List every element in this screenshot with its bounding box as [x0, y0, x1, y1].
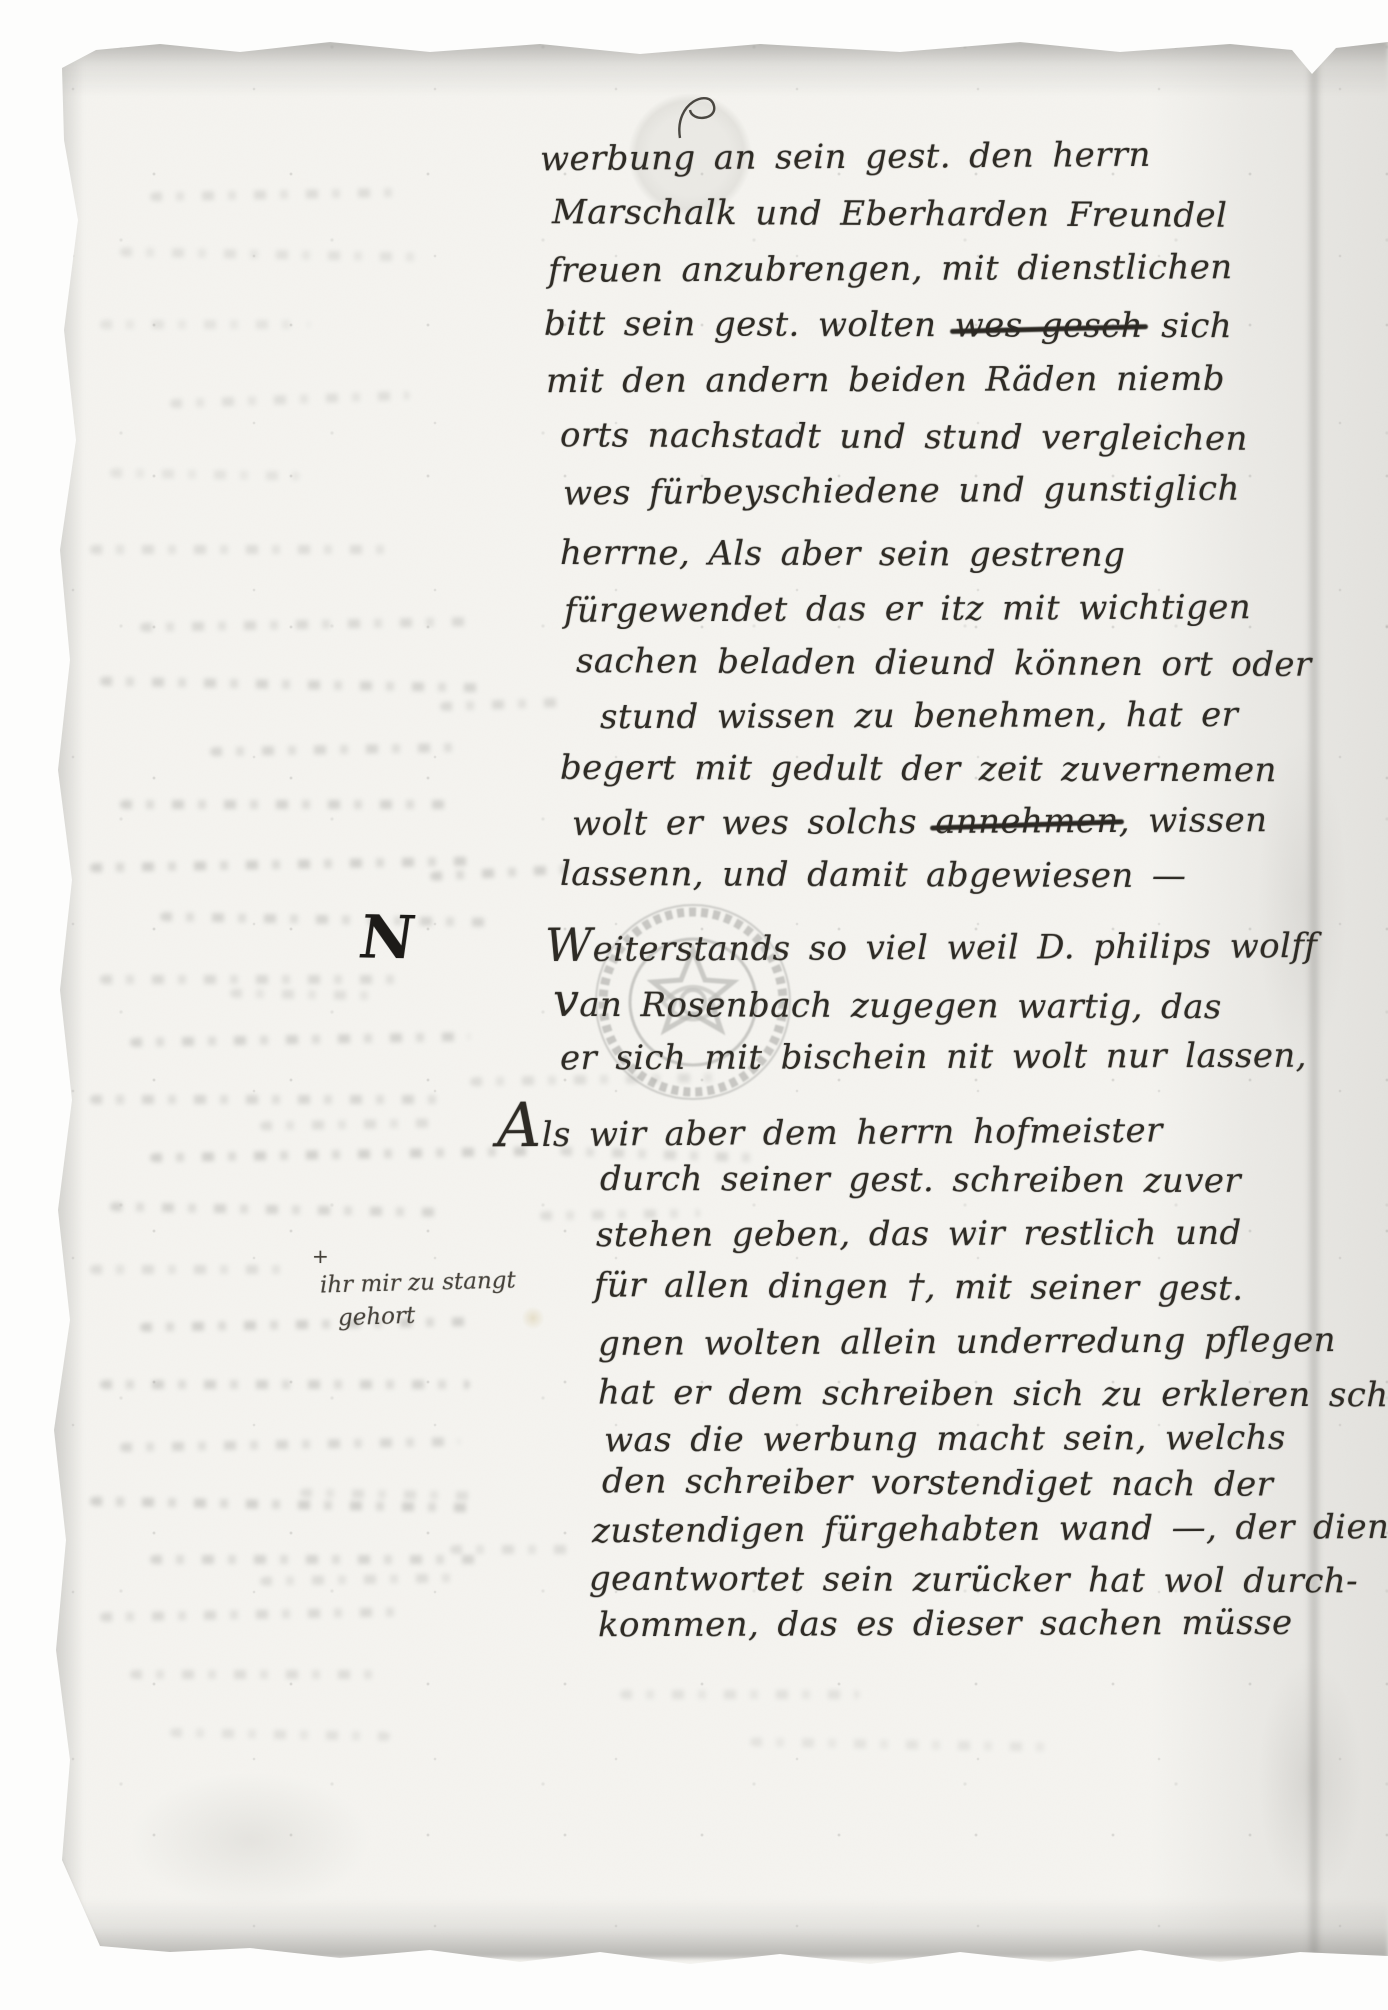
manuscript-line: van Rosenbach zugegen wartig, das [553, 984, 1222, 1024]
bleedthrough-stroke [120, 800, 450, 809]
manuscript-line: lassenn, und damit abgewiesen — [560, 857, 1186, 893]
manuscript-line: durch seiner gest. schreiben zuver [600, 1162, 1241, 1198]
manuscript-line: herrne, Als aber sein gestreng [560, 536, 1125, 572]
bleedthrough-stroke [110, 468, 300, 480]
bleedthrough-stroke [160, 912, 490, 927]
bleedthrough-stroke [90, 545, 390, 554]
bleedthrough-stroke [90, 1265, 290, 1274]
manuscript-line: hat er dem schreiben sich zu erkleren sc… [598, 1376, 1388, 1413]
manuscript-line: zustendigen fürgehabten wand —, der dien… [592, 1510, 1388, 1548]
paper-sheet: N + ihr mir zu stangt gehort werbung an … [0, 0, 1388, 2010]
bleedthrough-stroke [100, 975, 400, 984]
bleedthrough-stroke [430, 864, 580, 881]
bleedthrough-stroke [90, 1095, 450, 1104]
bleedthrough-stroke [120, 247, 420, 261]
manuscript-line: begert mit gedult der zeit zuvernemen [560, 751, 1277, 788]
bleedthrough-stroke [620, 1690, 860, 1699]
bleedthrough-stroke [150, 1555, 480, 1564]
bleedthrough-stroke [150, 188, 410, 202]
bleedthrough-stroke [750, 1737, 1050, 1751]
line-segment: , wissen [1119, 800, 1268, 841]
bleedthrough-stroke [100, 320, 310, 329]
bleedthrough-stroke [100, 1380, 470, 1389]
bleedthrough-stroke [170, 1728, 390, 1741]
bleedthrough-stroke [210, 743, 470, 757]
bleedthrough-stroke [90, 857, 470, 873]
manuscript-line: freuen anzubrengen, mit dienstlichen [548, 250, 1233, 288]
bleedthrough-stroke [100, 677, 480, 693]
line-segment: bitt sein gest. wolten [544, 304, 955, 345]
manuscript-line: gnen wolten allein underredung pflegen [598, 1323, 1336, 1361]
marginal-note-line: ihr mir zu stangt [320, 1269, 516, 1297]
struck-word: annehmen [935, 804, 1119, 839]
manuscript-line-with-strikethrough: wolt er wes solchs annehmen, wissen [572, 803, 1268, 841]
manuscript-line: was die werbung macht sein, welchs [604, 1421, 1286, 1457]
bleedthrough-stroke [300, 1488, 480, 1500]
marginal-note-cross: + [312, 1246, 329, 1266]
bleedthrough-stroke [440, 698, 560, 711]
manuscript-line: stehen geben, das wir restlich und [596, 1216, 1242, 1252]
manuscript-line: für allen dingen †, mit seiner gest. [594, 1268, 1244, 1305]
manuscript-line: kommen, das es dieser sachen müsse [598, 1606, 1293, 1642]
margin-mark-N: N [358, 908, 416, 969]
bleedthrough-stroke [110, 1202, 440, 1217]
bleedthrough-stroke [170, 391, 410, 408]
manuscript-line: werbung an sein gest. den herrn [540, 138, 1151, 176]
bleedthrough-stroke [130, 1032, 470, 1047]
manuscript-line: den schreiber vorstendiget nach der [602, 1464, 1273, 1502]
manuscript-line: stund wissen zu benehmen, hat er [600, 698, 1238, 734]
bleedthrough-stroke [140, 1317, 470, 1332]
manuscript-line: Weiterstands so viel weil D. philips wol… [545, 925, 1317, 967]
bleedthrough-stroke [100, 1607, 400, 1621]
scanned-manuscript-page: N + ihr mir zu stangt gehort werbung an … [0, 0, 1388, 2010]
bleedthrough-stroke [230, 989, 380, 1001]
marginal-note-line: gehort [338, 1305, 416, 1331]
struck-word: wes gesch [955, 308, 1143, 343]
manuscript-line: er sich mit bischein nit wolt nur lassen… [560, 1039, 1307, 1076]
manuscript-line: fürgewendet das er itz mit wichtigen [564, 590, 1251, 628]
bleedthrough-stroke [260, 1573, 460, 1585]
line-segment: sich [1143, 306, 1232, 346]
bleedthrough-stroke [260, 1119, 430, 1131]
manuscript-line-with-strikethrough: bitt sein gest. wolten wes gesch sich [544, 307, 1232, 343]
manuscript-line: Marschalk und Eberharden Freundel [552, 195, 1228, 233]
bleedthrough-stroke [130, 1670, 390, 1679]
bleedthrough-stroke [450, 1545, 570, 1554]
bleedthrough-stroke [120, 1437, 460, 1452]
line-segment: wolt er wes solchs [572, 802, 935, 844]
bleedthrough-stroke [140, 617, 470, 632]
manuscript-line: wes fürbeyschiedene und gunstiglich [563, 472, 1240, 511]
manuscript-line: sachen beladen dieund können ort oder [576, 644, 1312, 682]
pen-flourish [672, 86, 732, 142]
manuscript-line: geantwortet sein zurücker hat wol durch- [589, 1562, 1358, 1599]
manuscript-line: Als wir aber dem herrn hofmeister [497, 1105, 1163, 1153]
bleedthrough-stroke [150, 1147, 530, 1163]
manuscript-line: orts nachstadt und stund vergleichen [560, 418, 1248, 456]
manuscript-line: mit den andern beiden Räden niemb [546, 362, 1225, 398]
